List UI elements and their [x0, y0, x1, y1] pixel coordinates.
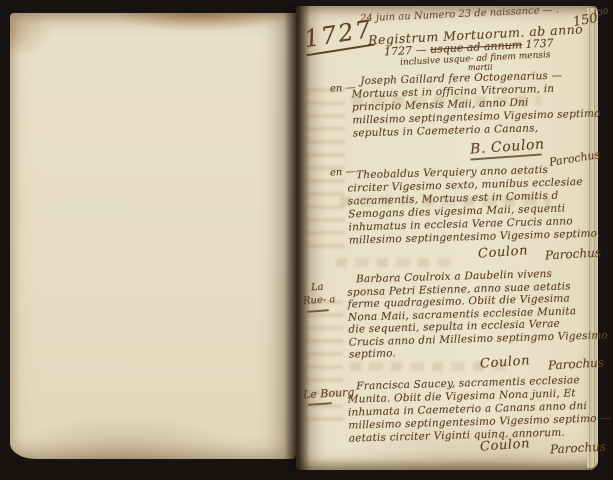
folio-number-pencil: 130: [592, 7, 609, 19]
ink-specks: [30, 61, 170, 67]
margin-note-entry3-line2: Rue- a: [303, 294, 336, 307]
burial-entry-4: Francisca Saucey, sacramentis ecclesiae …: [347, 373, 611, 445]
left-blank-page: [10, 13, 296, 459]
book-gutter-shadow: [284, 4, 310, 472]
register-photograph: 24 juin au Numero 23 de naissance — . 17…: [0, 0, 613, 480]
signature-title-entry2: Parochus: [545, 246, 602, 263]
margin-note-entry3-line1: La: [311, 282, 324, 294]
burial-entry-1: Joseph Gaillard fere Octogenarius — Mort…: [351, 69, 601, 141]
title-year-to: 1737: [522, 37, 554, 52]
signature-title-entry3: Parochus: [548, 356, 605, 373]
signature-title-entry4: Parochus: [550, 440, 607, 457]
burial-entry-3: Barbara Coulroix a Daubelin vivens spons…: [347, 266, 609, 361]
burial-entry-2: Theobaldus Verquiery anno aetatis circit…: [347, 163, 601, 248]
